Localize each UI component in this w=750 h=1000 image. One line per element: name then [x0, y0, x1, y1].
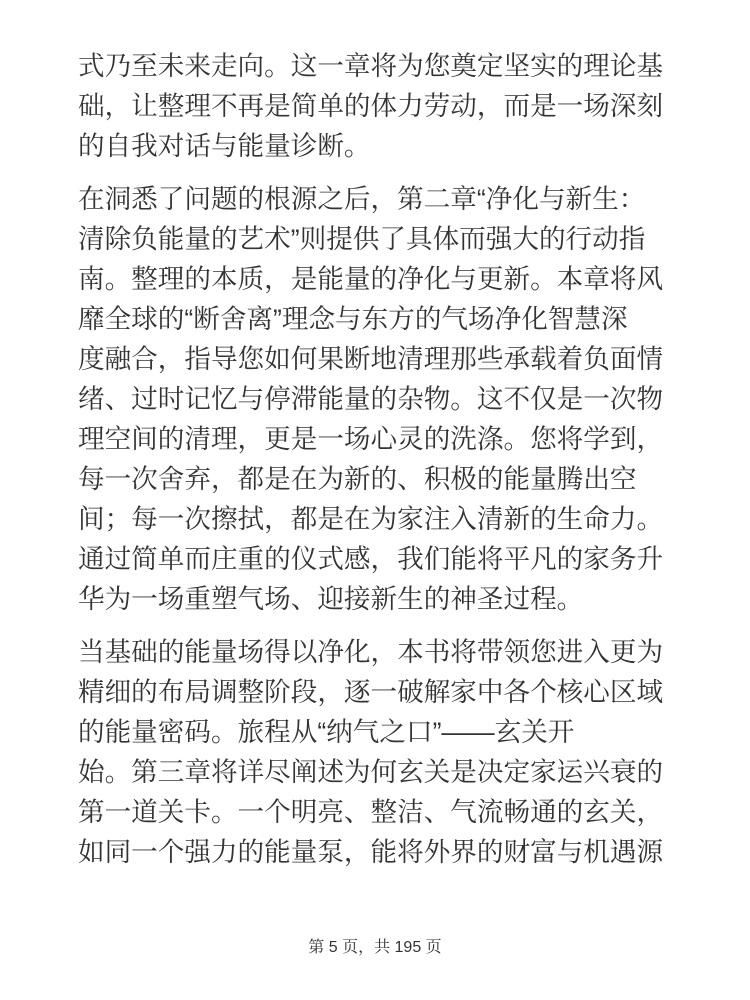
text-line: 式乃至未来走向。这一章将为您奠定坚实的理论基: [78, 46, 674, 86]
text-line: 南。整理的本质，是能量的净化与更新。本章将风: [78, 259, 674, 299]
document-page: 式乃至未来走向。这一章将为您奠定坚实的理论基础，让整理不再是简单的体力劳动，而是…: [0, 0, 750, 1000]
text-line: 当基础的能量场得以净化，本书将带领您进入更为: [78, 632, 674, 672]
page-number-indicator: 第 5 页，共 195 页: [0, 936, 750, 960]
text-line: 在洞悉了问题的根源之后，第二章“净化与新生：: [78, 179, 674, 219]
text-line: 如同一个强力的能量泵，能将外界的财富与机遇源: [78, 832, 674, 872]
text-line: 华为一场重塑气场、迎接新生的神圣过程。: [78, 579, 674, 619]
paragraph: 式乃至未来走向。这一章将为您奠定坚实的理论基础，让整理不再是简单的体力劳动，而是…: [78, 46, 674, 166]
page-text: 式乃至未来走向。这一章将为您奠定坚实的理论基础，让整理不再是简单的体力劳动，而是…: [78, 46, 674, 885]
text-line: 靡全球的“断舍离”理念与东方的气场净化智慧深: [78, 299, 674, 339]
text-line: 第一道关卡。一个明亮、整洁、气流畅通的玄关，: [78, 792, 674, 832]
text-line: 间；每一次擦拭，都是在为家注入清新的生命力。: [78, 499, 674, 539]
text-line: 度融合，指导您如何果断地清理那些承载着负面情: [78, 339, 674, 379]
text-line: 通过简单而庄重的仪式感，我们能将平凡的家务升: [78, 539, 674, 579]
paragraph: 在洞悉了问题的根源之后，第二章“净化与新生：清除负能量的艺术”则提供了具体而强大…: [78, 179, 674, 619]
text-line: 础，让整理不再是简单的体力劳动，而是一场深刻: [78, 86, 674, 126]
text-line: 精细的布局调整阶段，逐一破解家中各个核心区域: [78, 672, 674, 712]
text-line: 绪、过时记忆与停滞能量的杂物。这不仅是一次物: [78, 379, 674, 419]
text-line: 每一次舍弃，都是在为新的、积极的能量腾出空: [78, 459, 674, 499]
text-line: 理空间的清理，更是一场心灵的洗涤。您将学到，: [78, 419, 674, 459]
text-line: 始。第三章将详尽阐述为何玄关是决定家运兴衰的: [78, 752, 674, 792]
paragraph: 当基础的能量场得以净化，本书将带领您进入更为精细的布局调整阶段，逐一破解家中各个…: [78, 632, 674, 872]
text-line: 清除负能量的艺术”则提供了具体而强大的行动指: [78, 219, 674, 259]
text-line: 的能量密码。旅程从“纳气之口”——玄关开: [78, 712, 674, 752]
text-line: 的自我对话与能量诊断。: [78, 126, 674, 166]
